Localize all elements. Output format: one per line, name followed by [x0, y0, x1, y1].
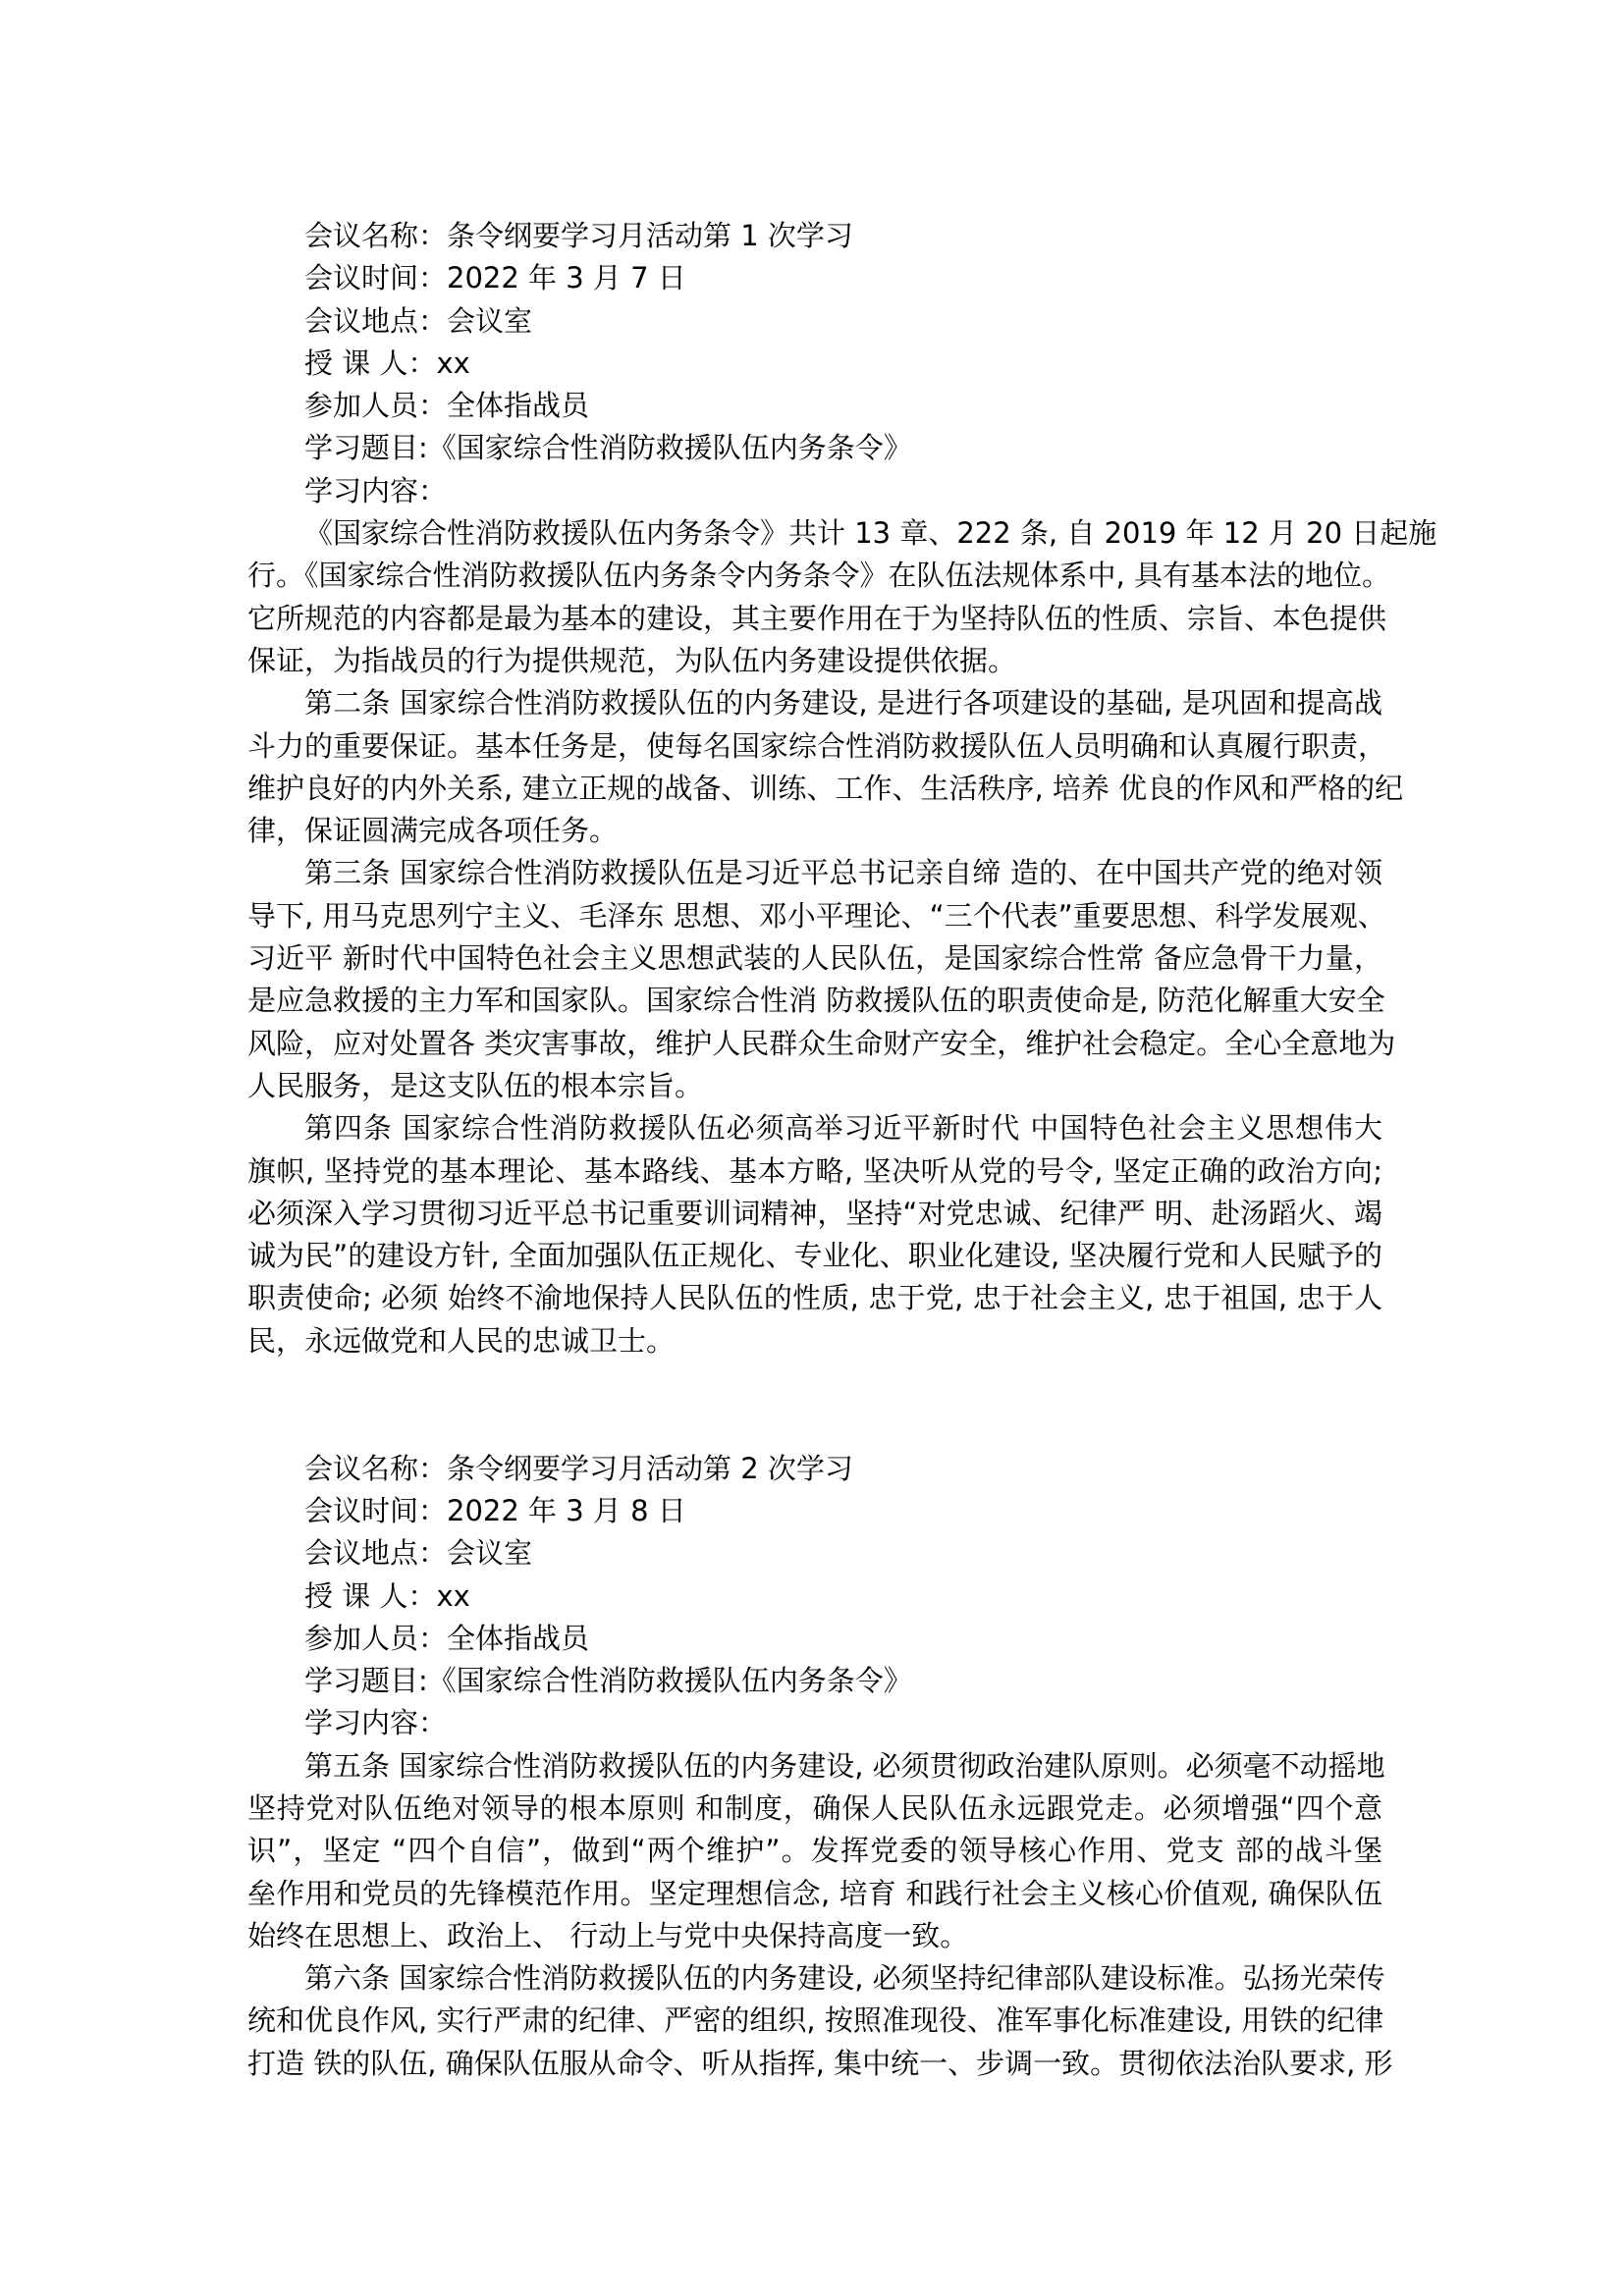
paragraph-article-6: 第六条 国家综合性消防救援队伍的内务建设, 必须坚持纪律部队建设标准。弘扬光荣传…: [247, 1957, 1382, 2085]
document-page: 会议名称：条令纲要学习月活动第 1 次学习 会议时间：2022 年 3 月 7 …: [247, 215, 1382, 2085]
paragraph-intro: 《国家综合性消防救援队伍内务条令》共计 13 章、222 条, 自 2019 年…: [247, 512, 1382, 682]
meeting-record-2: 会议名称：条令纲要学习月活动第 2 次学习 会议时间：2022 年 3 月 8 …: [247, 1448, 1382, 2085]
field-value: 全体指战员: [447, 1622, 589, 1655]
paragraph-line: 必须深入学习贯彻习近平总书记重要训词精神，坚持“对党忠诚、纪律严 明、赴汤蹈火、…: [247, 1193, 1382, 1235]
meeting-time-field: 会议时间：2022 年 3 月 7 日: [247, 257, 1382, 299]
paragraph-line: 第六条 国家综合性消防救援队伍的内务建设, 必须坚持纪律部队建设标准。弘扬光荣传: [247, 1957, 1382, 2000]
paragraph-line: 垒作用和党员的先锋模范作用。坚定理想信念, 培育 和践行社会主义核心价值观, 确…: [247, 1873, 1382, 1915]
field-label: 授 课 人：: [304, 1579, 436, 1613]
meeting-name-field: 会议名称：条令纲要学习月活动第 1 次学习: [247, 215, 1382, 257]
meeting-name-field: 会议名称：条令纲要学习月活动第 2 次学习: [247, 1448, 1382, 1490]
paragraph-article-5: 第五条 国家综合性消防救援队伍的内务建设, 必须贯彻政治建队原则。必须毫不动摇地…: [247, 1745, 1382, 1957]
paragraph-line: 维护良好的内外关系, 建立正规的战备、训练、工作、生活秩序, 培养 优良的作风和…: [247, 768, 1382, 810]
paragraph-line: 行。《国家综合性消防救援队伍内务条令内务条令》在队伍法规体系中, 具有基本法的地…: [247, 555, 1382, 597]
paragraph-article-4: 第四条 国家综合性消防救援队伍必须高举习近平新时代 中国特色社会主义思想伟大 旗…: [247, 1107, 1382, 1362]
paragraph-line: 《国家综合性消防救援队伍内务条令》共计 13 章、222 条, 自 2019 年…: [247, 512, 1382, 555]
meeting-location-field: 会议地点：会议室: [247, 300, 1382, 343]
field-label: 学习题目:: [304, 431, 428, 464]
attendees-field: 参加人员：全体指战员: [247, 1618, 1382, 1660]
study-content-field: 学习内容：: [247, 1702, 1382, 1744]
field-label: 学习内容：: [304, 1706, 447, 1739]
study-topic-field: 学习题目:《国家综合性消防救援队伍内务条令》: [247, 1660, 1382, 1702]
field-value: 《国家综合性消防救援队伍内务条令》: [428, 1664, 912, 1697]
field-label: 会议时间：: [304, 1494, 447, 1527]
study-topic-field: 学习题目:《国家综合性消防救援队伍内务条令》: [247, 427, 1382, 469]
paragraph-line: 第二条 国家综合性消防救援队伍的内务建设, 是进行各项建设的基础, 是巩固和提高…: [247, 682, 1382, 724]
field-label: 学习题目:: [304, 1664, 428, 1697]
field-value: xx: [436, 1579, 469, 1613]
lecturer-field: 授 课 人：xx: [247, 1575, 1382, 1618]
paragraph-line: 导下, 用马克思列宁主义、毛泽东 思想、邓小平理论、“三个代表”重要思想、科学发…: [247, 895, 1382, 937]
paragraph-line: 坚持党对队伍绝对领导的根本原则 和制度，确保人民队伍永远跟党走。必须增强“四个意: [247, 1788, 1382, 1830]
paragraph-line: 民，永远做党和人民的忠诚卫士。: [247, 1320, 1382, 1362]
paragraph-line: 风险，应对处置各 类灾害事故，维护人民群众生命财产安全，维护社会稳定。全心全意地…: [247, 1023, 1382, 1065]
field-label: 学习内容：: [304, 474, 447, 507]
paragraph-line: 第三条 国家综合性消防救援队伍是习近平总书记亲自缔 造的、在中国共产党的绝对领: [247, 852, 1382, 894]
lecturer-field: 授 课 人：xx: [247, 343, 1382, 385]
meeting-record-1: 会议名称：条令纲要学习月活动第 1 次学习 会议时间：2022 年 3 月 7 …: [247, 215, 1382, 1362]
study-content-field: 学习内容：: [247, 470, 1382, 512]
attendees-field: 参加人员：全体指战员: [247, 385, 1382, 427]
field-label: 参加人员：: [304, 1622, 447, 1655]
field-label: 会议名称：: [304, 219, 447, 252]
paragraph-line: 职责使命; 必须 始终不渝地保持人民队伍的性质, 忠于党, 忠于社会主义, 忠于…: [247, 1277, 1382, 1319]
paragraph-line: 习近平 新时代中国特色社会主义思想武装的人民队伍，是国家综合性常 备应急骨干力量…: [247, 937, 1382, 980]
paragraph-line: 始终在思想上、政治上、 行动上与党中央保持高度一致。: [247, 1915, 1382, 1957]
paragraph-article-3: 第三条 国家综合性消防救援队伍是习近平总书记亲自缔 造的、在中国共产党的绝对领 …: [247, 852, 1382, 1107]
paragraph-line: 人民服务，是这支队伍的根本宗旨。: [247, 1065, 1382, 1107]
field-label: 会议名称：: [304, 1452, 447, 1485]
field-value: 2022 年 3 月 7 日: [447, 261, 686, 294]
paragraph-line: 识”，坚定 “四个自信”，做到“两个维护”。发挥党委的领导核心作用、党支 部的战…: [247, 1830, 1382, 1872]
field-value: xx: [436, 347, 469, 380]
field-label: 会议时间：: [304, 261, 447, 294]
paragraph-article-2: 第二条 国家综合性消防救援队伍的内务建设, 是进行各项建设的基础, 是巩固和提高…: [247, 682, 1382, 852]
paragraph-line: 斗力的重要保证。基本任务是，使每名国家综合性消防救援队伍人员明确和认真履行职责，: [247, 725, 1382, 768]
paragraph-line: 打造 铁的队伍, 确保队伍服从命令、听从指挥, 集中统一、步调一致。贯彻依法治队…: [247, 2043, 1382, 2085]
paragraph-line: 保证，为指战员的行为提供规范，为队伍内务建设提供依据。: [247, 640, 1382, 682]
field-label: 会议地点：: [304, 1536, 447, 1570]
field-label: 授 课 人：: [304, 347, 436, 380]
field-value: 条令纲要学习月活动第 1 次学习: [447, 219, 853, 252]
meeting-time-field: 会议时间：2022 年 3 月 8 日: [247, 1490, 1382, 1532]
paragraph-line: 第四条 国家综合性消防救援队伍必须高举习近平新时代 中国特色社会主义思想伟大: [247, 1107, 1382, 1149]
field-label: 会议地点：: [304, 304, 447, 338]
meeting-location-field: 会议地点：会议室: [247, 1532, 1382, 1575]
field-value: 会议室: [447, 1536, 532, 1570]
paragraph-line: 统和优良作风, 实行严肃的纪律、严密的组织, 按照准现役、准军事化标准建设, 用…: [247, 2000, 1382, 2042]
paragraph-line: 是应急救援的主力军和国家队。国家综合性消 防救援队伍的职责使命是, 防范化解重大…: [247, 980, 1382, 1022]
paragraph-line: 诚为民”的建设方针, 全面加强队伍正规化、专业化、职业化建设, 坚决履行党和人民…: [247, 1235, 1382, 1277]
paragraph-line: 旗帜, 坚持党的基本理论、基本路线、基本方略, 坚决听从党的号令, 坚定正确的政…: [247, 1150, 1382, 1193]
field-value: 全体指战员: [447, 389, 589, 422]
paragraph-line: 律，保证圆满完成各项任务。: [247, 810, 1382, 852]
field-value: 《国家综合性消防救援队伍内务条令》: [428, 431, 912, 464]
paragraph-line: 第五条 国家综合性消防救援队伍的内务建设, 必须贯彻政治建队原则。必须毫不动摇地: [247, 1745, 1382, 1788]
field-label: 参加人员：: [304, 389, 447, 422]
field-value: 会议室: [447, 304, 532, 338]
paragraph-line: 它所规范的内容都是最为基本的建设，其主要作用在于为坚持队伍的性质、宗旨、本色提供: [247, 598, 1382, 640]
field-value: 条令纲要学习月活动第 2 次学习: [447, 1452, 853, 1485]
field-value: 2022 年 3 月 8 日: [447, 1494, 686, 1527]
